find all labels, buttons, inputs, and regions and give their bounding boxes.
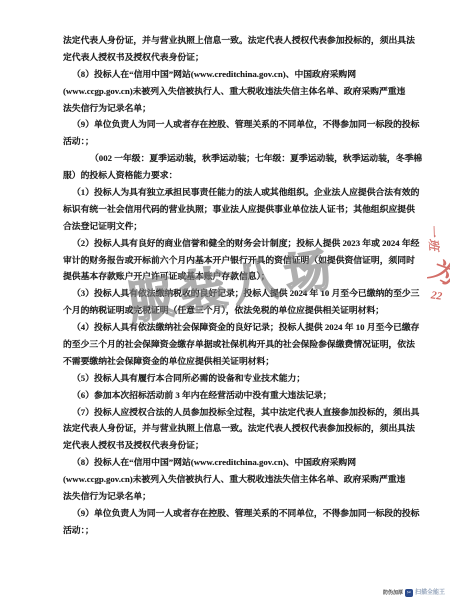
red-margin-annotations: 一班 为 22: [420, 0, 450, 600]
text-line: （3）投标人具有依法缴纳税收的良好记录；投标人提供 2024 年 10 月至今已…: [63, 285, 399, 302]
text-line: （2）投标人具有良好的商业信誉和健全的财务会计制度；投标人提供 2023 年或 …: [63, 235, 399, 252]
text-line: （8）投标人在“信用中国”网站(www.creditchina.gov.cn)、…: [63, 66, 399, 83]
document-body-text: 法定代表人身份证，并与营业执照上信息一致。法定代表人授权代表参加投标的，须出具法…: [63, 32, 399, 539]
text-line: 标识有统一社会信用代码的营业执照；事业法人应提供事业单位法人证书；其他组织应提供: [63, 201, 399, 218]
text-line: （1）投标人为具有独立承担民事责任能力的法人或其他组织。企业法人应提供合法有效的: [63, 184, 399, 201]
text-line: 审计的财务报告或开标前六个月内基本开户银行开具的资信证明（如提供资信证明，须同时: [63, 252, 399, 269]
text-line: (www.ccgp.gov.cn)未被列入失信被执行人、重大税收违法失信主体名单…: [63, 83, 399, 100]
margin-annotation: 为: [424, 249, 450, 293]
margin-annotation: 一班: [425, 224, 443, 253]
text-line: 服）的投标人资格能力要求：: [63, 167, 399, 184]
text-line: 活动：；: [63, 133, 399, 150]
text-line: （9）单位负责人为同一人或者存在控股、管理关系的不同单位，不得参加同一标段的投标: [63, 505, 399, 522]
text-line: （8）投标人在“信用中国”网站(www.creditchina.gov.cn)、…: [63, 454, 399, 471]
text-line: 合法登记证明文件；: [63, 218, 399, 235]
scanned-document-page: 法定代表人身份证，并与营业执照上信息一致。法定代表人授权代表参加投标的，须出具法…: [0, 0, 450, 600]
text-line: 个月的纳税证明或完税证明（任意三个月），依法免税的单位应提供相关证明材料；: [63, 302, 399, 319]
text-line: 提供基本存款账户开户许可证或基本账户存款信息）；: [63, 268, 399, 285]
text-line: （5）投标人具有履行本合同所必需的设备和专业技术能力；: [63, 370, 399, 387]
text-line: 法定代表人身份证，并与营业执照上信息一致。法定代表人授权代表参加投标的，须出具法: [63, 32, 399, 49]
text-line: （4）投标人具有依法缴纳社会保障资金的良好记录；投标人提供 2024 年 10 …: [63, 319, 399, 336]
text-line: 的至少三个月的社会保障资金缴存单据或社保机构开具的社会保险参保缴费情况证明，依法: [63, 336, 399, 353]
text-line: 法失信行为记录名单；: [63, 488, 399, 505]
scan-app-name: 扫描全能王: [415, 590, 445, 597]
text-line: 定代表人授权书及授权代表身份证；: [63, 49, 399, 66]
scan-app-icon: ✂: [405, 589, 413, 597]
text-line: 不需要缴纳社会保障资金的单位应提供相关证明材料；: [63, 353, 399, 370]
text-line: 定代表人授权书及授权代表身份证；: [63, 437, 399, 454]
text-line: （6）参加本次招标活动前 3 年内在经营活动中没有重大违法记录；: [63, 387, 399, 404]
text-line: （9）单位负责人为同一人或者存在控股、管理关系的不同单位，不得参加同一标段的投标: [63, 116, 399, 133]
text-line: 法定代表人身份证，并与营业执照上信息一致。法定代表人授权代表参加投标的，须出具法: [63, 420, 399, 437]
footer-stamp-text: 防伪加厚: [383, 590, 403, 596]
scan-app-watermark: 防伪加厚 ✂ 扫描全能王: [383, 589, 445, 597]
text-line: (www.ccgp.gov.cn)未被列入失信被执行人、重大税收违法失信主体名单…: [63, 471, 399, 488]
text-line: （7）投标人应授权合法的人员参加投标全过程，其中法定代表人直接参加投标的，须出具: [63, 404, 399, 421]
text-line: （002 一年级：夏季运动装，秋季运动装；七年级：夏季运动装，秋季运动装，冬季棉: [63, 150, 399, 167]
margin-annotation: 22: [430, 289, 443, 302]
text-line: 法失信行为记录名单；: [63, 100, 399, 117]
text-line: 活动：；: [63, 522, 399, 539]
